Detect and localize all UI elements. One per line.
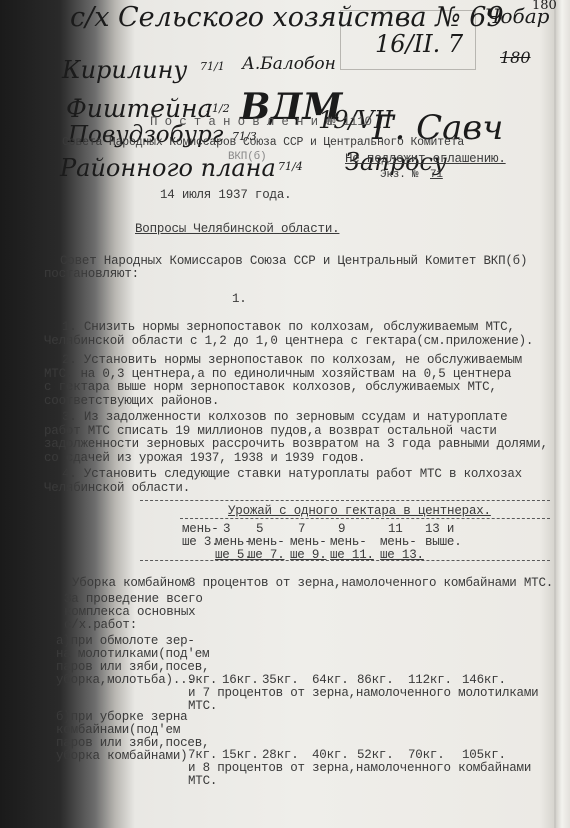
- handwritten-line1: с/х Сельского хозяйства № 69: [70, 2, 504, 33]
- column-header-3: мень-: [248, 535, 285, 549]
- rate-combine-4: 40кг.: [312, 748, 349, 762]
- row-label-combine: уборка комбайнами): [56, 749, 187, 763]
- document-title: Вопросы Челябинской области.: [135, 222, 339, 236]
- row-label-threshing: на молотилками(под'ем: [56, 647, 209, 661]
- page-number: 180: [532, 0, 557, 13]
- handwritten-line5-ref: 71/4: [278, 160, 303, 173]
- paragraph-2-line: 2. Установить нормы зернопоставок по кол…: [62, 353, 522, 367]
- row-text-threshing: МТС.: [188, 699, 217, 713]
- row-label-full-complex: За проведение всего: [64, 592, 203, 606]
- handwritten-line3-ref: 71/2: [205, 102, 230, 115]
- paragraph-2-line: соответствующих районов.: [44, 394, 219, 408]
- paragraph-3-line: работ МТС списать 19 миллионов пудов,а в…: [44, 424, 497, 438]
- paragraph-2-line: МТС, на 0,3 центнера,а по единоличным хо…: [44, 367, 511, 381]
- rate-threshing-3: 35кг.: [262, 673, 299, 687]
- copy-number: 71: [430, 168, 443, 182]
- row-text-threshing: и 7 процентов от зерна,намолоченного мол…: [188, 686, 538, 700]
- column-header-7: выше.: [425, 535, 462, 549]
- handwritten-line2: Кирилину: [62, 56, 187, 84]
- handwritten-line2-ref: 71/1: [200, 60, 225, 73]
- issuer-line1: Совета Народных Комиссаров Союза ССР и Ц…: [62, 136, 464, 150]
- column-header-5: мень-: [330, 535, 367, 549]
- rate-threshing-7: 146кг.: [462, 673, 506, 687]
- rate-threshing-4: 64кг.: [312, 673, 349, 687]
- column-header-1: ше 3.: [182, 535, 219, 549]
- column-header-6: мень-: [380, 535, 417, 549]
- row-label-combine: б)при уборке зерна: [56, 710, 187, 724]
- row-label-combine: комбайнами(под'ем: [56, 723, 180, 737]
- stamp-date: 16/II. 7: [375, 30, 463, 58]
- decree-number: № 1110: [328, 115, 372, 129]
- row-label-threshing: а)при обмолоте зер-: [56, 634, 195, 648]
- paragraph-4-line: Челябинской области.: [44, 481, 190, 495]
- row-label-full-complex: с/х.работ:: [64, 618, 137, 632]
- paragraph-3-line: задолженности зерновых рассрочить возвра…: [44, 437, 548, 451]
- column-header-3: 5: [256, 522, 263, 536]
- section-number: 1.: [232, 292, 247, 306]
- row-text-combine: и 8 процентов от зерна,намолоченного ком…: [188, 761, 531, 775]
- rate-combine-5: 52кг.: [357, 748, 394, 762]
- preamble-line2: постановляют:: [44, 267, 139, 281]
- decree-word: П о с т а н о в л е н и е: [150, 115, 333, 129]
- column-header-4: мень-: [290, 535, 327, 549]
- page-edge-line: [554, 0, 556, 828]
- rate-combine-7: 105кг.: [462, 748, 506, 762]
- table-group-rule: [180, 518, 550, 519]
- table-group-header: Урожай с одного гектара в центнерах.: [228, 504, 491, 518]
- paragraph-1-line: 1. Снизить нормы зернопоставок по колхоз…: [62, 320, 515, 334]
- publication-note: Не подлежит оглашению.: [345, 152, 506, 166]
- page-number-struck: 180: [500, 48, 531, 67]
- rate-combine-2: 15кг.: [222, 748, 259, 762]
- paragraph-3-line: 3. Из задолженности колхозов по зерновым…: [62, 410, 507, 424]
- row-text-combine: МТС.: [188, 774, 217, 788]
- row-label-full-complex: комплекса основных: [64, 605, 195, 619]
- paragraph-1-line: Челябинской области с 1,2 до 1,0 центнер…: [44, 334, 533, 348]
- table-top-rule: [140, 500, 550, 501]
- column-header-2: 3: [223, 522, 230, 536]
- row-label-combine-harvest: Уборка комбайном: [72, 576, 189, 590]
- rate-threshing-6: 112кг.: [408, 673, 452, 687]
- paragraph-3-line: со сдачей из урожая 1937, 1938 и 1939 го…: [44, 451, 365, 465]
- row-label-threshing: уборка,молотьба)...: [56, 673, 195, 687]
- row-label-combine: паров или зяби,посев,: [56, 736, 209, 750]
- column-header-4: 7: [298, 522, 305, 536]
- issuer-line2: ВКП(б): [228, 150, 266, 164]
- rate-combine-3: 28кг.: [262, 748, 299, 762]
- column-header-6: 11: [388, 522, 403, 536]
- column-header-2: мень-: [215, 535, 252, 549]
- paragraph-4-line: 4. Установить следующие ставки натуропла…: [62, 467, 522, 481]
- handwritten-line2-extra: А.Балобон: [242, 54, 336, 74]
- row-label-threshing: паров или зяби,посев,: [56, 660, 209, 674]
- table-header-bottom-rule: [140, 560, 550, 561]
- column-header-5: 9: [338, 522, 345, 536]
- decree-date: 14 июля 1937 года.: [160, 188, 291, 202]
- scanned-document-page: с/х Сельского хозяйства № 69 Чобар 180 1…: [0, 0, 570, 828]
- column-header-7: 13 и: [425, 522, 454, 536]
- preamble-line1: Совет Народных Комиссаров Союза ССР и Це…: [60, 254, 527, 268]
- rate-combine-1: 7кг.: [188, 748, 217, 762]
- copy-label: Экз. №: [380, 168, 418, 182]
- row-text-combine-harvest: 8 процентов от зерна,намолоченного комба…: [188, 576, 553, 590]
- rate-combine-6: 70кг.: [408, 748, 445, 762]
- column-header-1: мень-: [182, 522, 219, 536]
- rate-threshing-1: 9кг.: [188, 673, 217, 687]
- paragraph-2-line: с гектара выше норм зернопоставок колхоз…: [44, 380, 497, 394]
- rate-threshing-2: 16кг.: [222, 673, 259, 687]
- rate-threshing-5: 86кг.: [357, 673, 394, 687]
